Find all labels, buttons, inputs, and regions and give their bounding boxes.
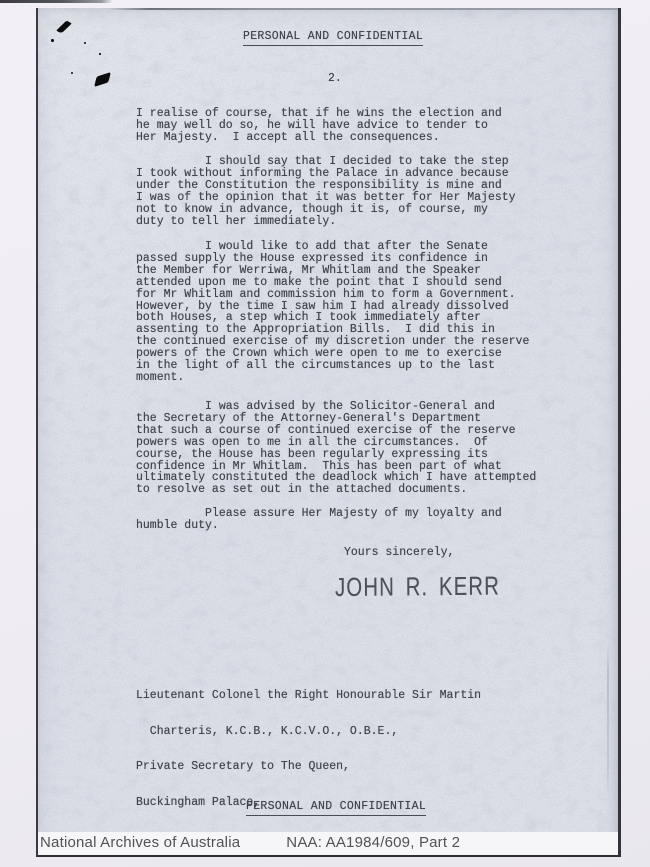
paper-crease (607, 642, 609, 798)
paragraph-4: I was advised by the Solicitor-General a… (136, 401, 536, 496)
ink-speck (51, 39, 54, 42)
paragraph-2: I should say that I decided to take the … (136, 156, 516, 227)
page-number: 2. (328, 73, 342, 85)
classification-footer: PERSONAL AND CONFIDENTIAL (246, 801, 426, 816)
paragraph-1: I realise of course, that if he wins the… (136, 108, 502, 144)
archive-name: National Archives of Australia (40, 834, 240, 851)
ink-speck (84, 42, 86, 44)
ink-speck (71, 72, 73, 74)
archive-caption-bar: National Archives of AustraliaNAA: AA198… (38, 832, 618, 855)
valediction: Yours sincerely, (344, 547, 454, 559)
classification-header: PERSONAL AND CONFIDENTIAL (243, 31, 423, 46)
paragraph-3: I would like to add that after the Senat… (136, 241, 529, 384)
paper-top-edge (108, 8, 618, 10)
ink-blot (94, 72, 111, 87)
paragraph-5: Please assure Her Majesty of my loyalty … (136, 508, 502, 532)
document-viewer: PERSONAL AND CONFIDENTIAL 2. I realise o… (0, 0, 650, 867)
archive-reference: NAA: AA1984/609, Part 2 (286, 834, 460, 851)
ink-speck (99, 53, 101, 55)
address-line: Charteris, K.C.B., K.C.V.O., O.B.E., (136, 726, 481, 738)
scanned-letter-page: PERSONAL AND CONFIDENTIAL 2. I realise o… (36, 8, 621, 857)
screenshot-root: { "scan": { "classification_top": "PERSO… (0, 0, 650, 867)
signature-john-r-kerr: JOHN R. KERR (335, 573, 500, 600)
address-line: Private Secretary to The Queen, (136, 761, 481, 773)
address-line: Lieutenant Colonel the Right Honourable … (136, 690, 481, 702)
scan-edge-artifact (0, 0, 113, 3)
ink-blot (56, 20, 72, 33)
